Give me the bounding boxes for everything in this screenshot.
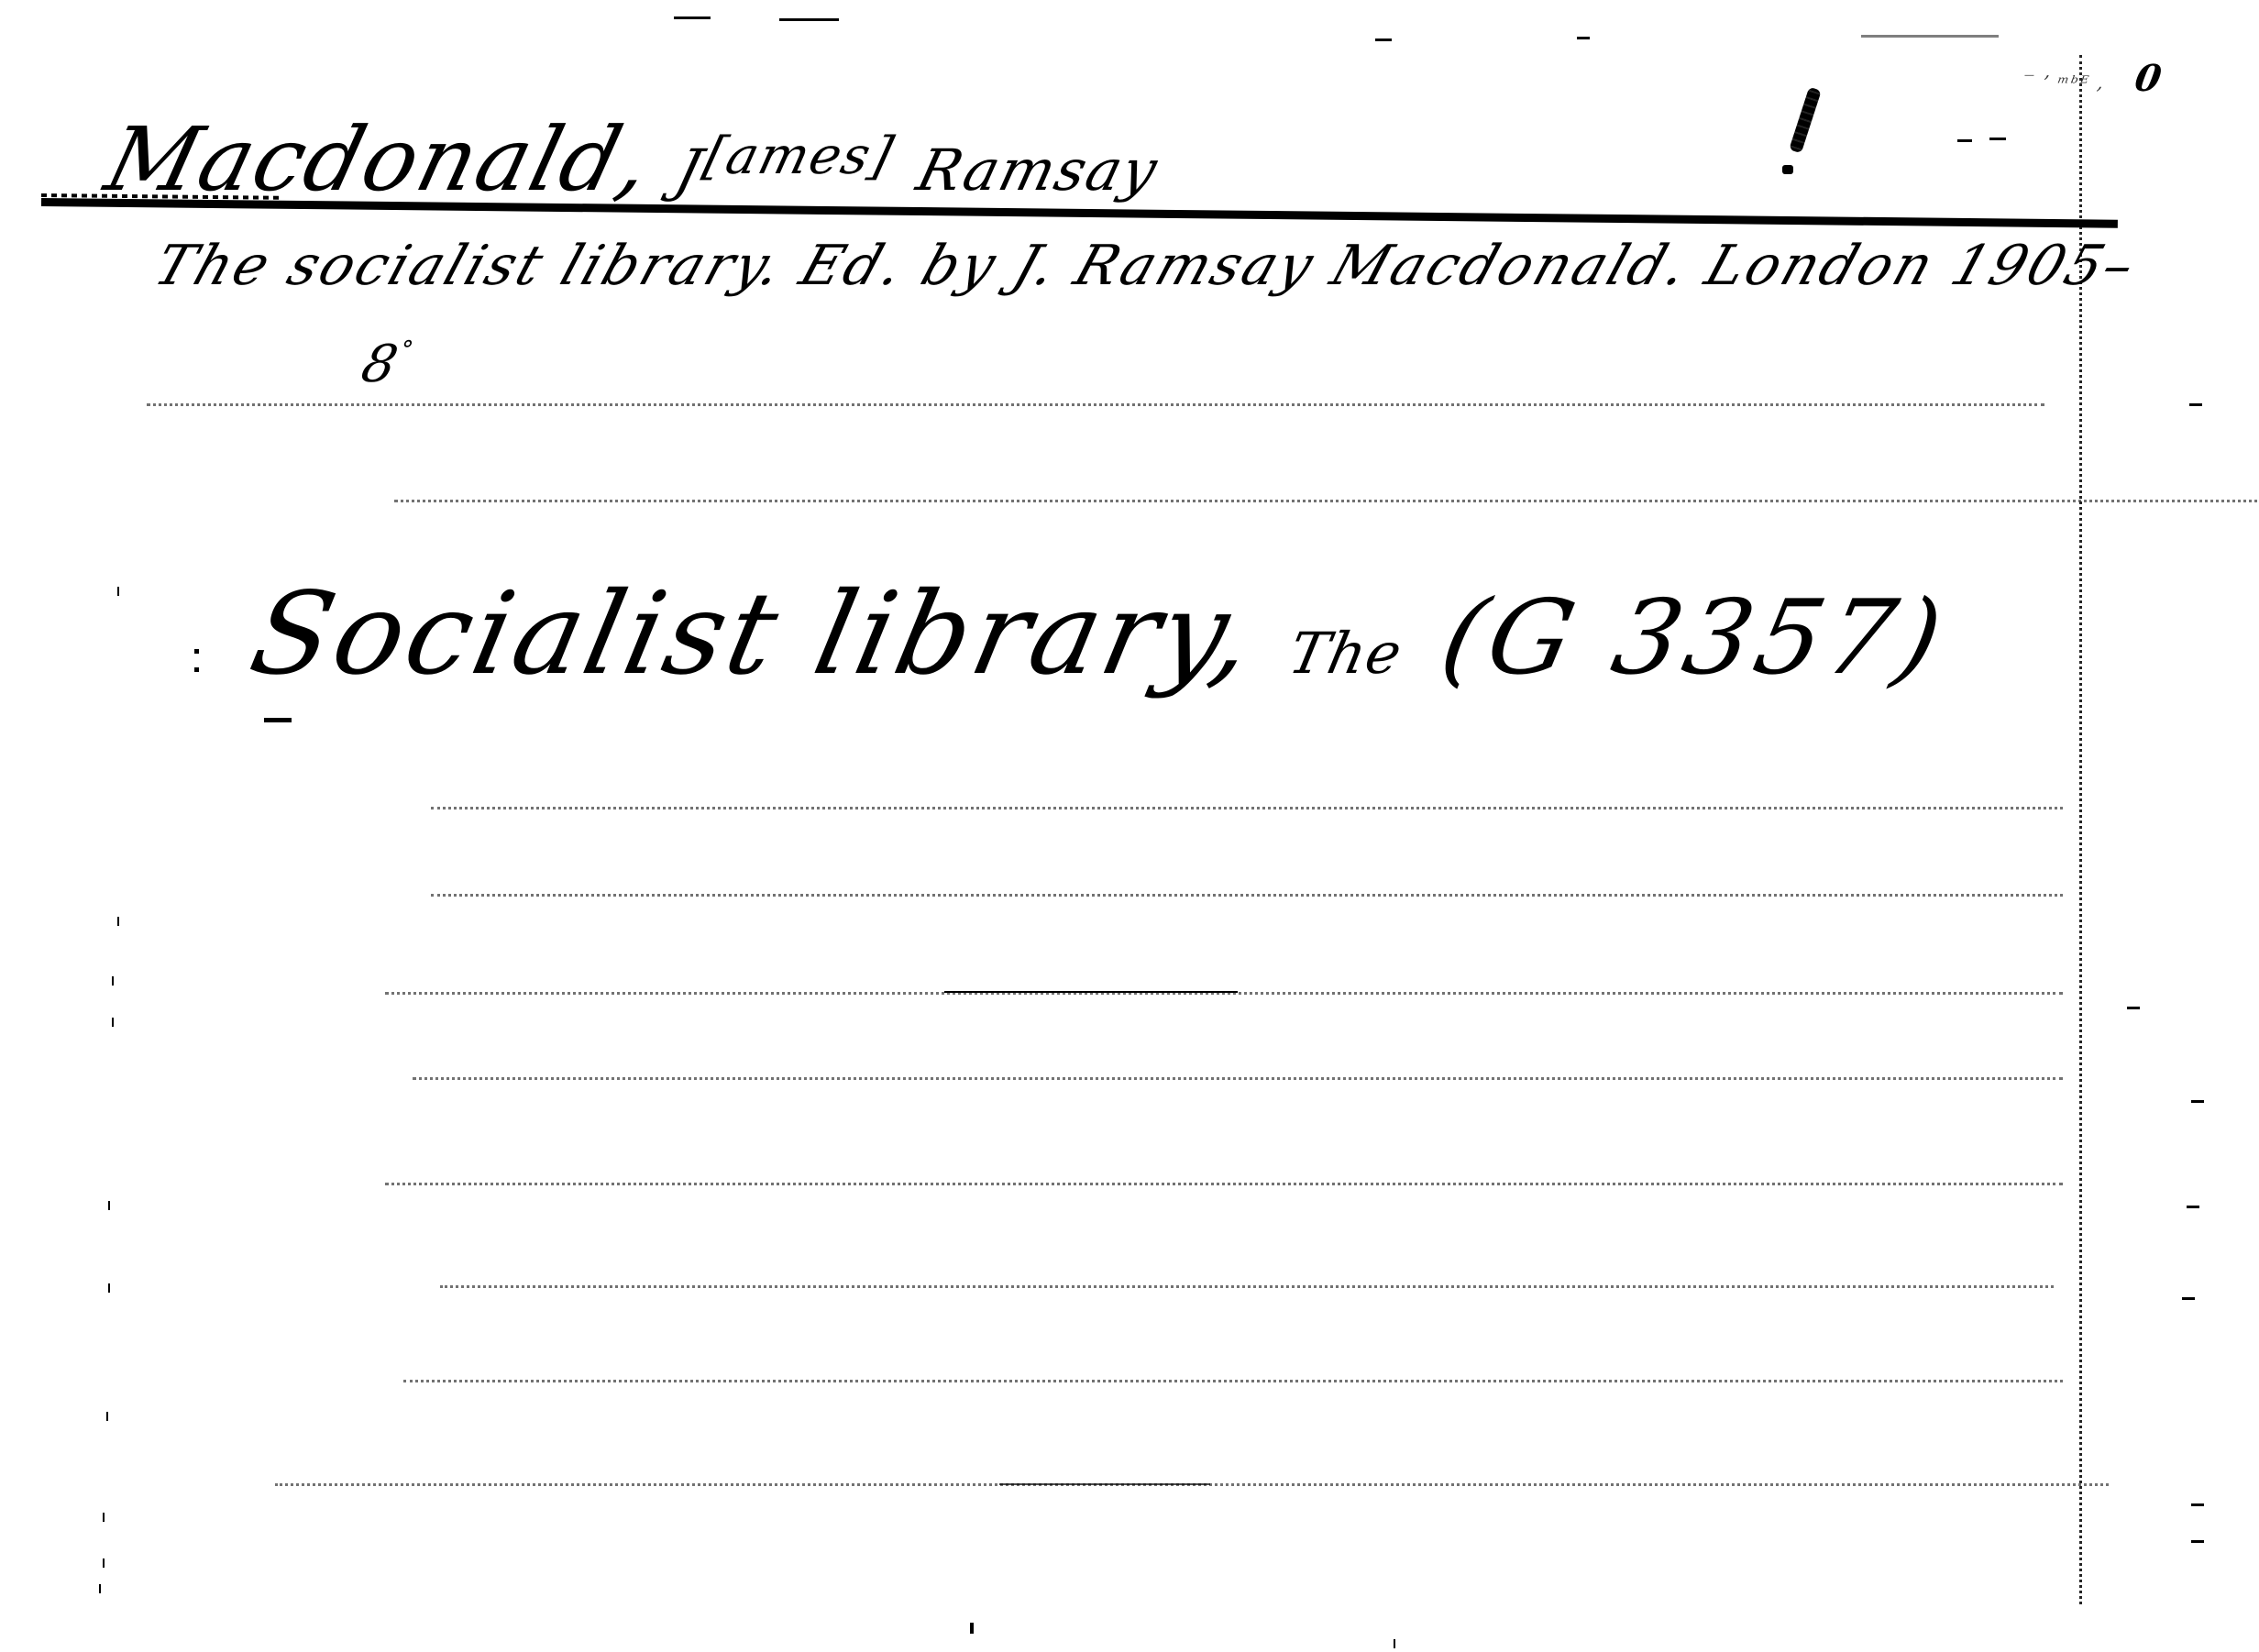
edge-mark	[2187, 1206, 2199, 1208]
margin-tick	[117, 917, 119, 926]
corner-faint-annotation: ‾ ʼ ᵐᵇᴱ ,	[2022, 72, 2107, 94]
ruled-line	[394, 500, 2259, 502]
margin-tick	[103, 1558, 105, 1568]
edge-mark	[2191, 1100, 2204, 1103]
main-entry-article: The	[1284, 620, 1409, 687]
call-number: (G 3357)	[1431, 578, 1956, 698]
margin-tick	[106, 1412, 108, 1421]
scan-artifact	[1957, 139, 1972, 142]
author-given-name: Ramsay	[910, 137, 1165, 204]
scan-artifact	[944, 991, 1238, 993]
scan-artifact	[1375, 39, 1392, 41]
margin-tick	[108, 1201, 110, 1210]
ruled-line	[385, 1183, 2063, 1185]
ink-stroke-mark	[1789, 87, 1822, 154]
ruled-line	[403, 1380, 2063, 1382]
format-value: 8	[356, 335, 404, 394]
edge-mark	[2127, 1007, 2140, 1009]
margin-tick	[112, 1018, 114, 1027]
ruled-line	[147, 403, 2044, 406]
format-octavo: 8°	[356, 335, 417, 394]
scan-artifact	[1989, 138, 2006, 140]
scan-artifact	[674, 17, 711, 19]
scan-speck	[1394, 1639, 1395, 1648]
main-entry: Socialist library, The (G 3357)	[240, 568, 1959, 700]
scan-artifact	[1577, 37, 1590, 39]
margin-tick	[99, 1584, 101, 1593]
card-border-dotted	[2079, 55, 2082, 1604]
ink-dot-mark	[1782, 165, 1793, 174]
margin-tick	[117, 587, 119, 596]
main-entry-title: Socialist library,	[240, 568, 1269, 700]
margin-tick	[103, 1513, 105, 1522]
ruled-line	[431, 894, 2063, 897]
title-statement: The socialist library. Ed. by J. Ramsay …	[147, 234, 2145, 298]
edge-mark	[2189, 403, 2202, 406]
ruled-line	[413, 1077, 2063, 1080]
margin-tick	[108, 1283, 110, 1293]
colon-mark	[194, 649, 199, 673]
scan-artifact	[1861, 35, 1999, 38]
edge-mark	[2182, 1297, 2195, 1300]
underline-dash	[264, 718, 292, 722]
scan-speck	[970, 1623, 974, 1634]
scan-artifact	[779, 18, 839, 21]
scan-artifact	[999, 1483, 1210, 1485]
ruled-line	[440, 1285, 2054, 1288]
corner-mark-zero: 0	[2132, 57, 2165, 100]
margin-tick	[112, 976, 114, 986]
ruled-line	[431, 807, 2063, 809]
edge-mark	[2191, 1503, 2204, 1506]
author-initial-expansion: [ames]	[698, 127, 899, 186]
edge-mark	[2191, 1540, 2204, 1543]
catalog-card: Macdonald, J[ames] Ramsay The socialist …	[0, 0, 2259, 1652]
